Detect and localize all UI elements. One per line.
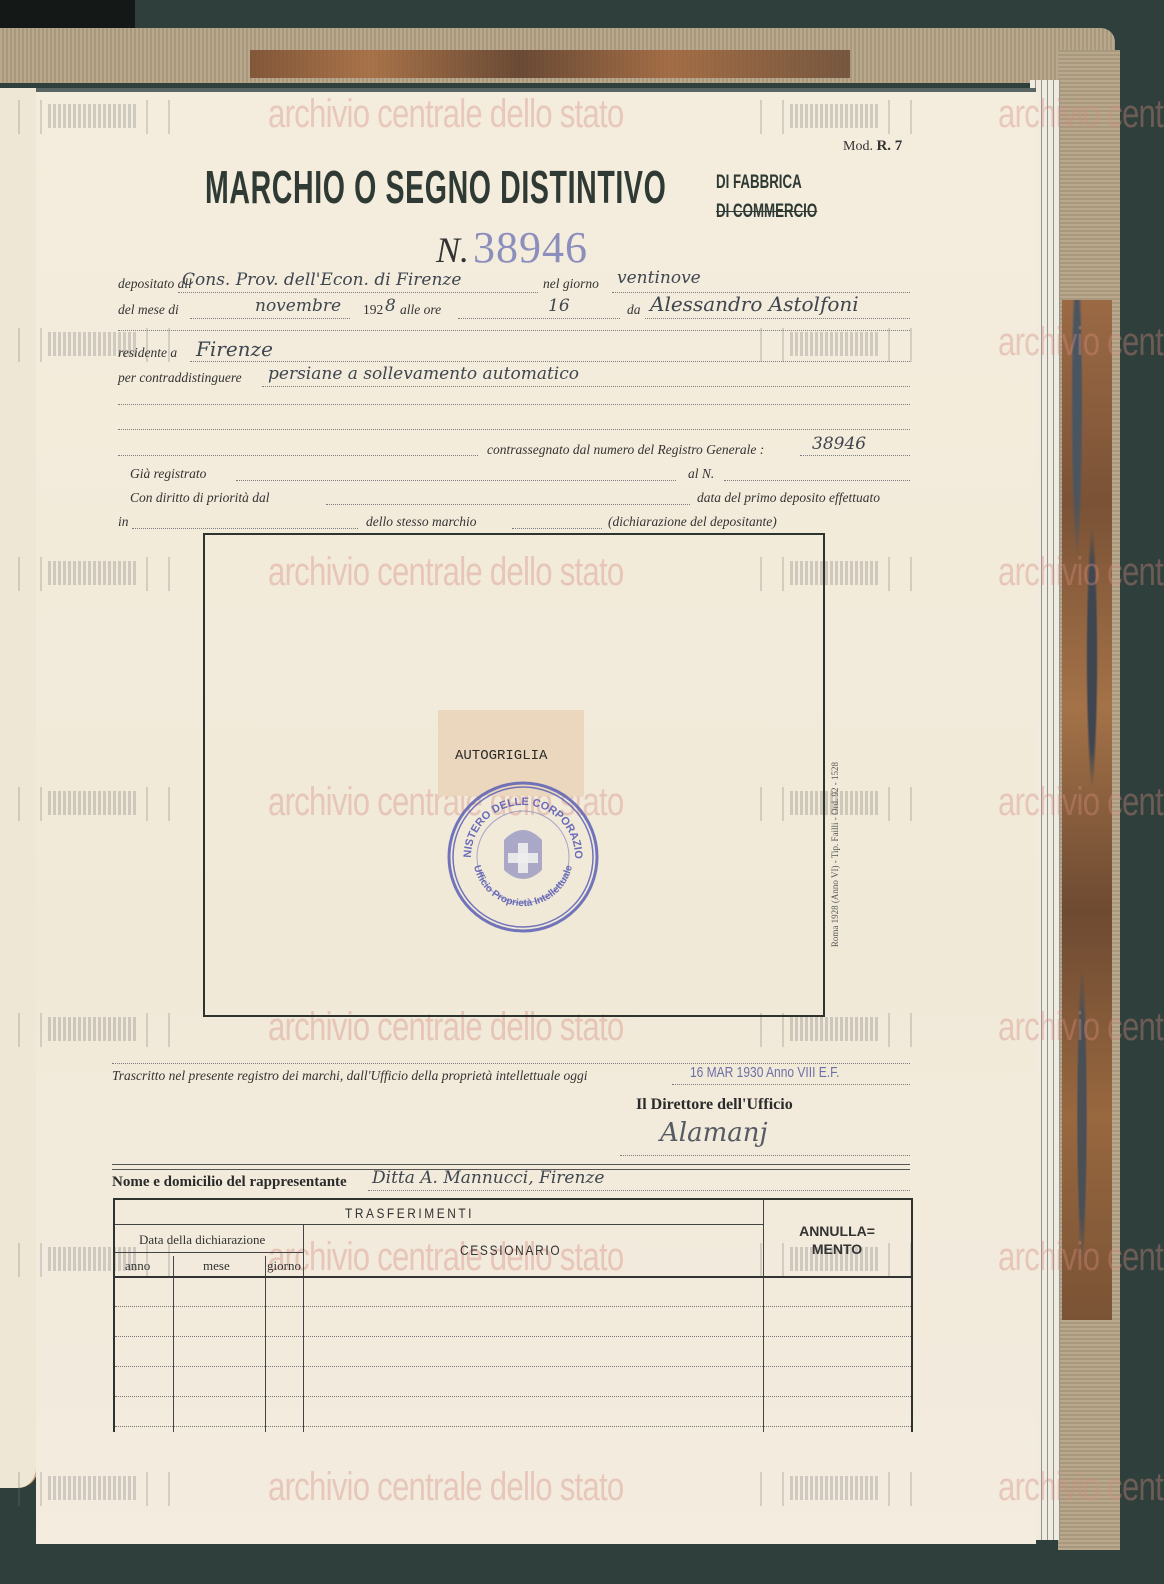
gia-registrato-label: Già registrato bbox=[130, 466, 206, 482]
watermark-text: archivio centrale dello stato bbox=[998, 550, 1164, 595]
giorno-label: nel giorno bbox=[543, 276, 599, 292]
field-line bbox=[132, 528, 358, 529]
trademark-label-text: AUTOGRIGLIA bbox=[455, 748, 547, 764]
ministry-seal-icon: MINISTERO DELLE CORPORAZIONI Ufficio Pro… bbox=[446, 780, 600, 934]
field-line bbox=[724, 480, 910, 481]
anno-value: 8 bbox=[385, 296, 396, 316]
stesso-marchio-label: dello stesso marchio bbox=[366, 514, 477, 530]
table-row bbox=[115, 1336, 911, 1337]
annullamento-header-line2: MENTO bbox=[763, 1240, 911, 1258]
field-line bbox=[118, 429, 910, 430]
archive-logo-icon bbox=[18, 557, 168, 591]
registro-value: 38946 bbox=[812, 434, 866, 454]
field-line bbox=[190, 318, 350, 319]
number-label: N. bbox=[436, 230, 469, 270]
column-divider bbox=[265, 1256, 266, 1432]
transfers-table: TRASFERIMENTI Data della dichiarazione a… bbox=[113, 1198, 913, 1432]
field-line bbox=[326, 504, 690, 505]
date-group-header: Data della dichiarazione bbox=[139, 1232, 265, 1248]
field-line bbox=[236, 480, 676, 481]
registration-number: N. 38946 bbox=[436, 222, 588, 273]
watermark-text: archivio centrale dello stato bbox=[998, 92, 1164, 137]
form-code-prefix: Mod. bbox=[843, 139, 873, 154]
field-line bbox=[368, 1190, 910, 1191]
field-line bbox=[118, 330, 910, 331]
table-row bbox=[115, 1396, 911, 1397]
column-divider bbox=[303, 1224, 304, 1432]
field-line bbox=[620, 1155, 910, 1156]
archive-logo-icon bbox=[760, 1013, 910, 1047]
watermark-text: archivio centrale dello stato bbox=[998, 1005, 1164, 1050]
number-stamp: 38946 bbox=[473, 223, 588, 272]
field-line bbox=[262, 386, 910, 387]
field-line bbox=[800, 455, 910, 456]
representative-value: Ditta A. Mannucci, Firenze bbox=[372, 1168, 604, 1188]
registro-label: contrassegnato dal numero del Registro G… bbox=[487, 442, 764, 458]
subtitle-di-commercio-struck: DI COMMERCIO bbox=[716, 201, 817, 223]
table-title: TRASFERIMENTI bbox=[345, 1205, 474, 1221]
dichiarazione-label: (dichiarazione del depositante) bbox=[608, 514, 777, 530]
field-line bbox=[645, 318, 910, 319]
column-header-mese: mese bbox=[203, 1258, 230, 1274]
archive-logo-icon bbox=[18, 100, 168, 134]
row-divider bbox=[115, 1252, 303, 1253]
contraddistinguere-value: persiane a sollevamento automatico bbox=[268, 364, 579, 384]
subtitle-di-fabbrica: DI FABBRICA bbox=[716, 172, 802, 194]
transcription-label: Trascritto nel presente registro dei mar… bbox=[112, 1068, 587, 1084]
watermark-text: archivio centrale dello stato bbox=[998, 1465, 1164, 1510]
residente-value: Firenze bbox=[196, 337, 273, 361]
archive-logo-icon bbox=[760, 1472, 910, 1506]
table-row bbox=[115, 1426, 911, 1427]
annullamento-header-line1: ANNULLA= bbox=[763, 1222, 911, 1240]
contraddistinguere-label: per contraddistinguere bbox=[118, 370, 242, 386]
depositato-value: Cons. Prov. dell'Econ. di Firenze bbox=[182, 270, 461, 290]
ore-label: alle ore bbox=[400, 302, 441, 318]
mese-label: del mese di bbox=[118, 302, 179, 318]
watermark-text: archivio centrale dello stato bbox=[998, 1235, 1164, 1280]
page-title: MARCHIO O SEGNO DISTINTIVO bbox=[205, 160, 666, 214]
field-line bbox=[118, 404, 910, 405]
archive-logo-icon bbox=[760, 328, 910, 362]
in-label: in bbox=[118, 514, 129, 530]
director-signature: Alamanj bbox=[660, 1118, 768, 1148]
form-code-value: R. 7 bbox=[876, 138, 902, 154]
archive-logo-icon bbox=[18, 1472, 168, 1506]
archive-logo-icon bbox=[18, 1013, 168, 1047]
al-n-label: al N. bbox=[688, 466, 714, 482]
column-divider bbox=[173, 1256, 174, 1432]
field-line bbox=[458, 318, 620, 319]
ore-value: 16 bbox=[548, 296, 570, 316]
depositato-label: depositato all bbox=[118, 276, 192, 292]
primo-deposito-label: data del primo deposito effettuato bbox=[697, 490, 880, 506]
column-header-cessionario: CESSIONARIO bbox=[460, 1242, 561, 1258]
archive-logo-icon bbox=[18, 787, 168, 821]
anno-prefix: 192 bbox=[363, 302, 383, 318]
field-line bbox=[190, 361, 910, 362]
watermark-text: archivio centrale dello stato bbox=[998, 320, 1164, 365]
director-label: Il Direttore dell'Ufficio bbox=[636, 1096, 793, 1114]
header-divider bbox=[115, 1276, 911, 1278]
form-code: Mod. R. 7 bbox=[843, 138, 902, 155]
da-label: da bbox=[627, 302, 641, 318]
table-row bbox=[115, 1306, 911, 1307]
printer-note: Roma 1928 (Anno VI) - Tip. Failli - Ord.… bbox=[830, 762, 840, 947]
column-header-annullamento: ANNULLA= MENTO bbox=[763, 1222, 911, 1258]
field-line bbox=[512, 528, 602, 529]
column-header-giorno: giorno bbox=[267, 1258, 301, 1274]
watermark-text: archivio centrale dello stato bbox=[268, 92, 623, 137]
archive-logo-icon bbox=[760, 100, 910, 134]
mese-value: novembre bbox=[255, 296, 341, 316]
field-line bbox=[672, 1084, 910, 1085]
representative-label: Nome e domicilio del rappresentante bbox=[112, 1174, 347, 1191]
priorita-label: Con diritto di priorità dal bbox=[130, 490, 270, 506]
watermark-text: archivio centrale dello stato bbox=[998, 780, 1164, 825]
residente-label: residente a bbox=[118, 345, 177, 361]
transcription-date-stamp: 16 MAR 1930 Anno VIII E.F. bbox=[690, 1064, 839, 1081]
column-header-anno: anno bbox=[125, 1258, 150, 1274]
watermark-text: archivio centrale dello stato bbox=[268, 1465, 623, 1510]
field-line bbox=[178, 292, 538, 293]
da-value: Alessandro Astolfoni bbox=[650, 292, 859, 316]
giorno-value: ventinove bbox=[617, 268, 701, 288]
row-divider bbox=[115, 1224, 763, 1225]
table-row bbox=[115, 1366, 911, 1367]
field-line bbox=[118, 455, 478, 456]
book-cloth-spine-top bbox=[0, 28, 1115, 83]
